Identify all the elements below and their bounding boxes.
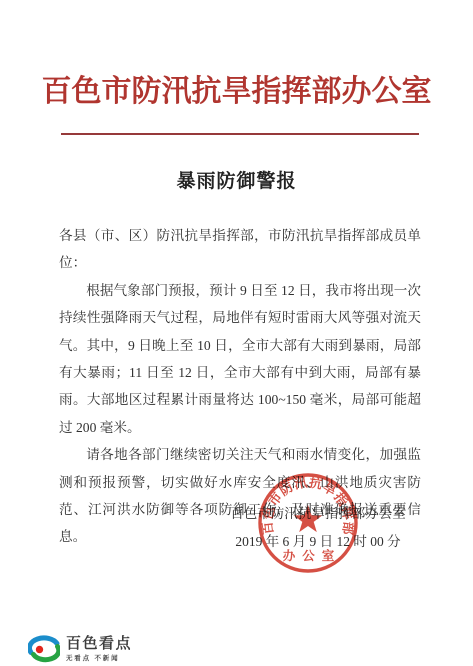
signature-org: 百色市防汛抗旱指挥部办公室 [225, 500, 411, 528]
signature-block: 百色市防汛抗旱指挥部办公室 2019 年 6 月 9 日 12 时 00 分 [225, 500, 411, 555]
brand-text-block: 百色看点 无看点 不新闻 [66, 633, 132, 662]
letterhead-org-name: 百色市防汛抗旱指挥部办公室 [0, 66, 473, 110]
salutation-line: 各县（市、区）防汛抗旱指挥部，市防汛抗旱指挥部成员单位： [59, 222, 421, 277]
publisher-watermark: 百色看点 无看点 不新闻 [28, 633, 132, 663]
official-notice-page: 百色市防汛抗旱指挥部办公室 暴雨防御警报 各县（市、区）防汛抗旱指挥部，市防汛抗… [0, 0, 473, 666]
swirl-eye-logo-icon [28, 633, 60, 663]
notice-title: 暴雨防御警报 [0, 166, 473, 193]
brand-name: 百色看点 [66, 635, 132, 652]
logo-blue-swoosh [29, 638, 57, 653]
letterhead-divider-rule [61, 133, 419, 135]
brand-slogan: 无看点 不新闻 [66, 653, 132, 662]
paragraph-forecast: 根据气象部门预报，预计 9 日至 12 日，我市将出现一次持续性强降雨天气过程，… [59, 277, 421, 441]
logo-red-dot [36, 646, 43, 653]
signature-date: 2019 年 6 月 9 日 12 时 00 分 [225, 528, 411, 556]
